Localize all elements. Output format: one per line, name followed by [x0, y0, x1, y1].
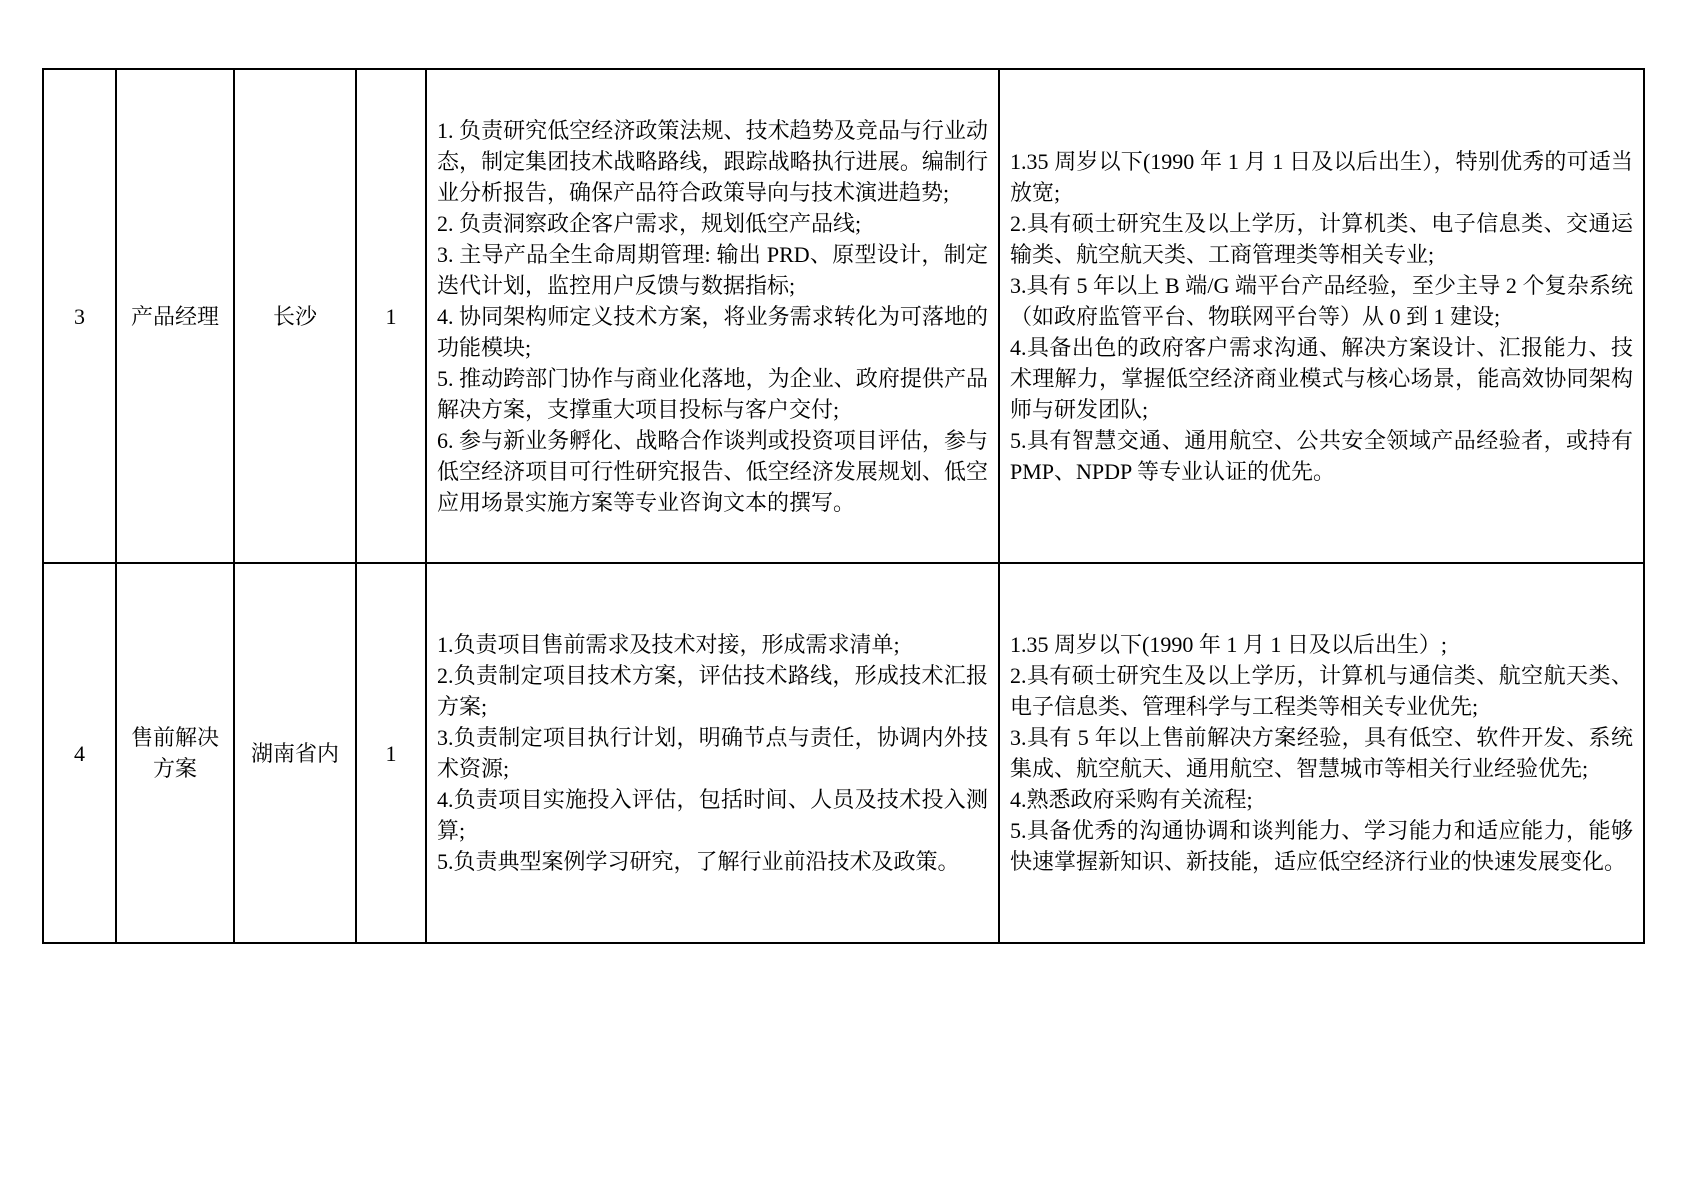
list-item: 5.具有智慧交通、通用航空、公共安全领域产品经验者，或持有 PMP、NPDP 等… — [1010, 425, 1633, 487]
row3-headcount-cell: 1 — [356, 69, 426, 563]
list-item: 3.具有 5 年以上 B 端/G 端平台产品经验，至少主导 2 个复杂系统（如政… — [1010, 270, 1633, 332]
job-positions-table: 3 产品经理 长沙 1 1. 负责研究低空经济政策法规、技术趋势及竞品与行业动态… — [42, 68, 1645, 944]
row4-requirements-cell: 1.35 周岁以下(1990 年 1 月 1 日及以后出生）;2.具有硕士研究生… — [999, 563, 1644, 943]
list-item: 2. 负责洞察政企客户需求，规划低空产品线; — [437, 208, 988, 239]
list-item: 4. 协同架构师定义技术方案，将业务需求转化为可落地的功能模块; — [437, 301, 988, 363]
list-item: 2.负责制定项目技术方案，评估技术路线，形成技术汇报方案; — [437, 660, 988, 722]
list-item: 3.具有 5 年以上售前解决方案经验，具有低空、软件开发、系统集成、航空航天、通… — [1010, 722, 1633, 784]
row4-location-cell: 湖南省内 — [234, 563, 356, 943]
row4-headcount-cell: 1 — [356, 563, 426, 943]
list-item: 5.负责典型案例学习研究，了解行业前沿技术及政策。 — [437, 846, 988, 877]
row3-requirements-cell: 1.35 周岁以下(1990 年 1 月 1 日及以后出生），特别优秀的可适当放… — [999, 69, 1644, 563]
row3-number-cell: 3 — [43, 69, 116, 563]
list-item: 3. 主导产品全生命周期管理: 输出 PRD、原型设计，制定迭代计划，监控用户反… — [437, 239, 988, 301]
list-item: 1.35 周岁以下(1990 年 1 月 1 日及以后出生）; — [1010, 629, 1633, 660]
row4-responsibilities-list: 1.负责项目售前需求及技术对接，形成需求清单;2.负责制定项目技术方案，评估技术… — [437, 629, 988, 877]
row4-number-cell: 4 — [43, 563, 116, 943]
list-item: 1.35 周岁以下(1990 年 1 月 1 日及以后出生），特别优秀的可适当放… — [1010, 146, 1633, 208]
list-item: 4.具备出色的政府客户需求沟通、解决方案设计、汇报能力、技术理解力，掌握低空经济… — [1010, 332, 1633, 425]
list-item: 4.负责项目实施投入评估，包括时间、人员及技术投入测算; — [437, 784, 988, 846]
list-item: 2.具有硕士研究生及以上学历，计算机与通信类、航空航天类、电子信息类、管理科学与… — [1010, 660, 1633, 722]
list-item: 1. 负责研究低空经济政策法规、技术趋势及竞品与行业动态，制定集团技术战略路线，… — [437, 115, 988, 208]
list-item: 5.具备优秀的沟通协调和谈判能力、学习能力和适应能力，能够快速掌握新知识、新技能… — [1010, 815, 1633, 877]
list-item: 2.具有硕士研究生及以上学历，计算机类、电子信息类、交通运输类、航空航天类、工商… — [1010, 208, 1633, 270]
row3-responsibilities-cell: 1. 负责研究低空经济政策法规、技术趋势及竞品与行业动态，制定集团技术战略路线，… — [426, 69, 999, 563]
list-item: 6. 参与新业务孵化、战略合作谈判或投资项目评估，参与低空经济项目可行性研究报告… — [437, 425, 988, 518]
list-item: 5. 推动跨部门协作与商业化落地，为企业、政府提供产品解决方案，支撑重大项目投标… — [437, 363, 988, 425]
document-page: 3 产品经理 长沙 1 1. 负责研究低空经济政策法规、技术趋势及竞品与行业动态… — [0, 0, 1683, 1190]
table-row-3: 3 产品经理 长沙 1 1. 负责研究低空经济政策法规、技术趋势及竞品与行业动态… — [43, 69, 1644, 563]
table-row-4: 4 售前解决方案 湖南省内 1 1.负责项目售前需求及技术对接，形成需求清单;2… — [43, 563, 1644, 943]
list-item: 4.熟悉政府采购有关流程; — [1010, 784, 1633, 815]
row3-position-cell: 产品经理 — [116, 69, 234, 563]
row4-requirements-list: 1.35 周岁以下(1990 年 1 月 1 日及以后出生）;2.具有硕士研究生… — [1010, 629, 1633, 877]
list-item: 1.负责项目售前需求及技术对接，形成需求清单; — [437, 629, 988, 660]
row4-responsibilities-cell: 1.负责项目售前需求及技术对接，形成需求清单;2.负责制定项目技术方案，评估技术… — [426, 563, 999, 943]
row3-requirements-list: 1.35 周岁以下(1990 年 1 月 1 日及以后出生），特别优秀的可适当放… — [1010, 146, 1633, 487]
row3-location-cell: 长沙 — [234, 69, 356, 563]
row4-position-cell: 售前解决方案 — [116, 563, 234, 943]
row3-responsibilities-list: 1. 负责研究低空经济政策法规、技术趋势及竞品与行业动态，制定集团技术战略路线，… — [437, 115, 988, 518]
list-item: 3.负责制定项目执行计划，明确节点与责任，协调内外技术资源; — [437, 722, 988, 784]
